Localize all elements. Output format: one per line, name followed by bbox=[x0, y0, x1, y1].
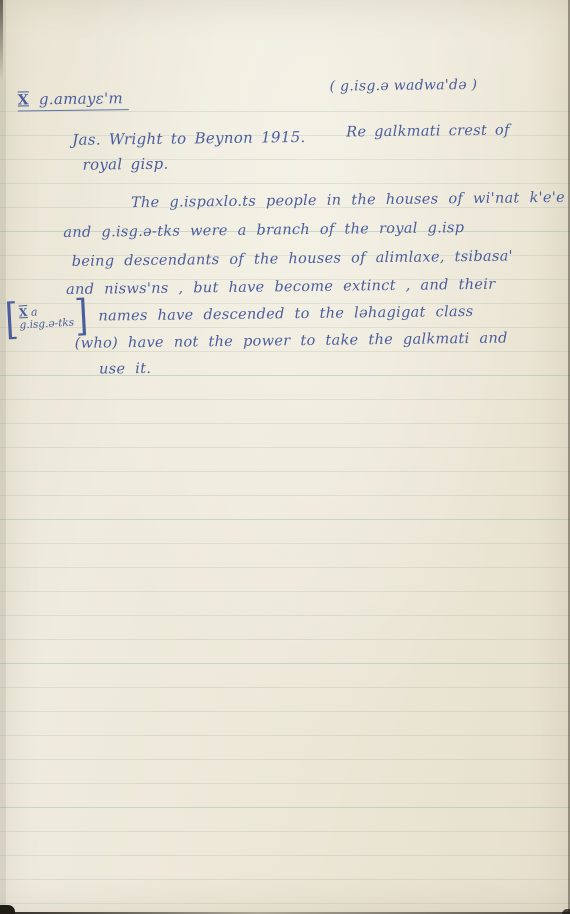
scan-corner-mark-bottom-right bbox=[562, 909, 570, 914]
attribution-subject: Re galkmati crest of bbox=[346, 123, 510, 141]
paragraph-line: being descendants of the houses of aliml… bbox=[72, 248, 513, 269]
margin-note: [ X a g.isg.ə-tks ] bbox=[4, 299, 89, 337]
heading-title: g.amayɛ'm bbox=[39, 89, 123, 108]
heading-numeral: X bbox=[18, 92, 29, 108]
paragraph-line: names have descended to the ləhagigat cl… bbox=[98, 304, 473, 325]
paragraph-line: The g.ispaxlo.ts people in the houses of… bbox=[131, 190, 565, 211]
margin-note-line1: X a bbox=[19, 305, 38, 320]
handwriting-layer: Xg.amayɛ'm ( g.isg.ə wadwa'də ) Jas. Wri… bbox=[0, 0, 570, 914]
header-phonetic-note: ( g.isg.ə wadwa'də ) bbox=[330, 77, 478, 95]
paragraph-line: (who) have not the power to take the gal… bbox=[75, 331, 508, 352]
margin-note-body: X a g.isg.ə-tks bbox=[19, 303, 75, 333]
margin-note-close-bracket: ] bbox=[74, 295, 89, 338]
margin-note-numeral: X bbox=[19, 306, 28, 319]
notebook-page: Xg.amayɛ'm ( g.isg.ə wadwa'də ) Jas. Wri… bbox=[0, 0, 570, 914]
page-heading: Xg.amayɛ'm bbox=[18, 89, 129, 111]
margin-note-open-bracket: [ bbox=[4, 298, 19, 341]
attribution-source: Jas. Wright to Beynon 1915. bbox=[72, 128, 306, 149]
paragraph-line: use it. bbox=[99, 361, 151, 378]
paragraph: The g.ispaxlo.ts people in the houses of… bbox=[0, 0, 568, 1]
margin-note-line1-rest: a bbox=[31, 305, 38, 318]
paragraph-line: and nisws'ns , but have become extinct ,… bbox=[66, 277, 496, 298]
attribution-subject-continuation: royal gisp. bbox=[82, 155, 168, 174]
margin-note-line2: g.isg.ə-tks bbox=[19, 317, 74, 333]
paragraph-line: and g.isg.ə-tks were a branch of the roy… bbox=[63, 220, 464, 241]
